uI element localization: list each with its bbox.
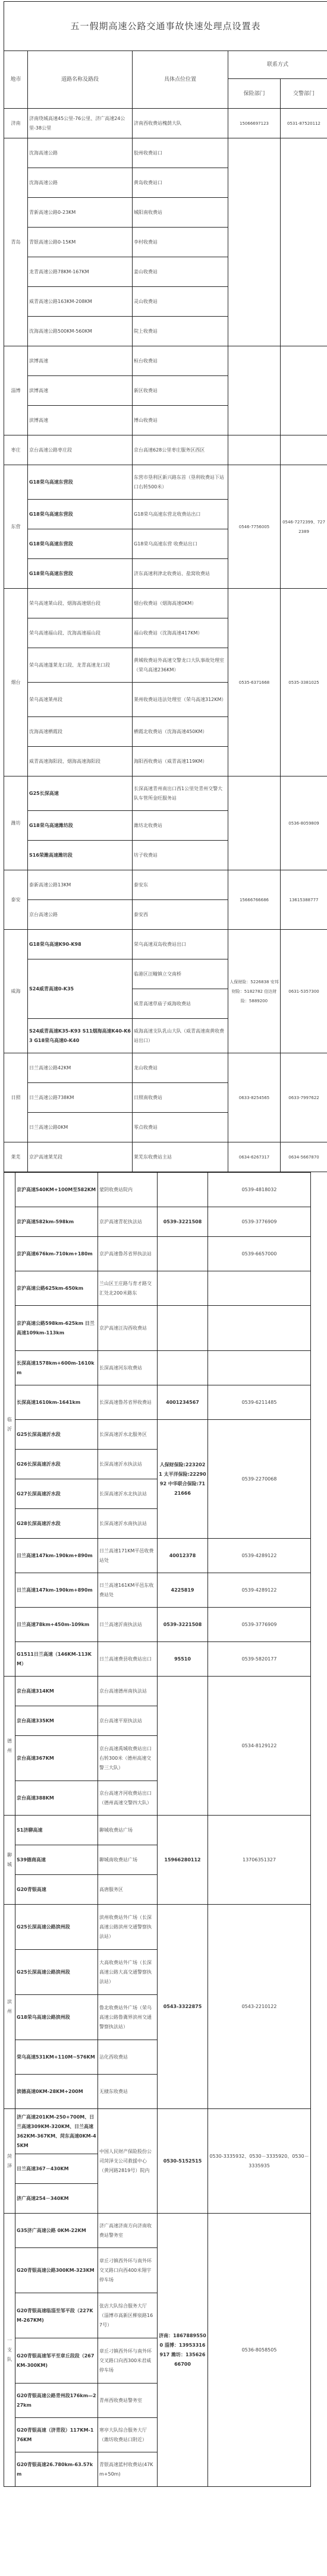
location-cell: 威青高速草庙子威海收费站 [133,989,228,1019]
road-cell: 京沪高速582km-598km [15,1207,98,1237]
location-cell: 莱芜东收费站主站 [133,1142,228,1172]
table-row: 日兰高速147km-190km+890m日兰高速161KM平邑东收费站处4225… [4,1573,311,1608]
insurance-phone: 15666766686 [228,870,281,930]
road-cell: 青银高速公路0-15KM [28,228,133,257]
road-cell: G20青银高速公路300KM-323KM [15,2248,98,2293]
police-phone: 13615388777 [281,870,327,930]
road-cell: G35济广高速公路 0KM-22KM [15,2214,98,2248]
location-cell: 院上收费站 [133,317,228,346]
city-cell: 济南 [4,109,28,138]
police-phone: 0539-4289122 [208,1573,311,1608]
location-cell: 烟台收费站（烟海高速0KM） [133,589,228,618]
road-cell: G25长深高速 [28,776,133,811]
road-cell: 日兰高速公路42KM [28,1053,133,1083]
police-phone: 0543-2210122 [208,1905,311,2109]
table-row: 聊 城S1济聊高速聊城收费站广场1596628011213706351327 [4,1816,311,1845]
police-phone: 0539-6211485 [208,1385,311,1420]
police-phone: 0539-2270068 [208,1420,311,1539]
insurance-phone: 0539-3221508 [158,1608,208,1642]
location-cell: 黄岛收费站口 [133,168,228,198]
police-phone [208,1351,311,1385]
city-cell: 青岛 [4,138,28,346]
location-cell: 京台高速禹城收费站出口右转300米（德州高速交警三大队） [98,1736,158,1781]
location-cell: 青银高速蓝村收费站(47Km+50m) [98,2452,158,2487]
road-cell: G26长深高速沂水段 [15,1450,98,1479]
road-cell: 威青高速海阳段、烟海高速海阳段 [28,747,133,776]
location-cell: 日兰高速171KM平邑收费站处 [98,1539,158,1573]
city-cell: 潍坊 [4,776,28,870]
location-cell: 莱州收费站违法处理室（荣乌高速312KM） [133,683,228,717]
table-row: 泰安泰新高速公路13KM泰安东1566676668613615388777 [4,870,327,900]
police-phone: 0536-8058505 [208,2214,311,2487]
location-cell: 鲁北收费站外广场（荣乌高速公路鲁冀界滨州交通警察执法站） [98,1995,158,2040]
city-cell: 莱芜 [4,1142,28,1172]
road-cell: S1济聊高速 [15,1816,98,1845]
city-cell: 菏 泽 [4,2109,15,2214]
insurance-phone: 40012378 [158,1539,208,1573]
location-cell: 青州西收费站警务室 [98,2384,158,2418]
location-cell: 滨州收费站外广场（长深高速公路滨州交通警察执法站） [98,1905,158,1950]
location-cell: 日兰高速沂南执法站 [98,1608,158,1642]
road-cell: 日兰高速147km-190km+890m [15,1573,98,1608]
police-phone [281,435,327,465]
road-cell: G27长深高速沂水段 [15,1479,98,1509]
road-cell: G18荣乌高速公路滨州段 [15,1995,98,2040]
table-row: 烟台荣乌高速莱山段、烟海高速烟台段烟台收费站（烟海高速0KM）0535-6371… [4,589,327,618]
police-phone [208,1271,311,1306]
header-city: 地市 [4,51,28,109]
location-cell: 黄城收费站外高速交警龙口大队事故处理室（荣乌高速236KM） [133,648,228,683]
road-cell: 荣乌高速莱山段、烟海高速烟台段 [28,589,133,618]
road-cell: S16荣潍高速潍坊段 [28,841,133,870]
road-cell: 沈海高速公路500KM-560KM [28,317,133,346]
police-phone: 0530-3335932、0530－3335920、0530－3335935 [208,2109,311,2214]
road-cell: 荣乌高速蓬莱龙口段、龙青高速龙口段 [28,648,133,683]
table-row: 京沪高速582km-598km京沪高速青驼执法站0539-32215080539… [4,1207,311,1237]
location-cell: 京沪高速青驼执法站 [98,1207,158,1237]
insurance-phone: 0539-3221508 [158,1207,208,1237]
table-row: 长深高速1610km-1641km长深高速鲁苏省界收费站400123456705… [4,1385,311,1420]
location-cell: 龙山收费站 [133,1053,228,1083]
city-cell: 滨 州 [4,1905,15,2109]
road-cell: 京沪高速540KM+100M至582KM [15,1173,98,1207]
insurance-phone: 0633-8254565 [228,1053,281,1142]
accident-points-sheet: 五一假期高速公路交通事故快速处理点设置表 地市 道路名称及路段 具体点位位置 联… [4,1,310,2487]
road-cell: G25长深高速公路滨州段 [15,1905,98,1950]
insurance-phone [158,1351,208,1385]
road-cell: 沈海高速公路 [28,168,133,198]
insurance-phone: 人保财险：5226838 安邦财险：5182782 信达财险：5889200 [228,930,281,1053]
city-cell: 聊 城 [4,1816,15,1905]
location-cell: 沾化西收费站 [98,2040,158,2075]
road-cell: 滨博高速 [28,406,133,435]
header-road: 道路名称及路段 [28,51,133,109]
insurance-phone [158,1677,208,1816]
police-phone: 0531-87520112 [281,109,327,138]
insurance-phone: 人保财保险:2232021 太平洋保险:2229092 中华联合保险:71216… [158,1420,208,1539]
road-cell: G1511日兰高速（146KM-113KM） [15,1642,98,1677]
road-cell: S39德商高速 [15,1845,98,1875]
road-cell: 威青高速公路163KM-208KM [28,287,133,317]
road-cell: G20青银高速（济青段）117KM-176KM [15,2418,98,2452]
police-phone: 0539-6657000 [208,1237,311,1271]
road-cell: 荣乌高速福山段、沈海高速福山段 [28,618,133,648]
location-cell: 泰安西 [133,900,228,930]
road-cell: 日兰高速78km+450m-109km [15,1608,98,1642]
road-cell: 日兰高速公路738KM [28,1083,133,1113]
location-cell: 姜山收费站 [133,257,228,287]
police-phone: 0546-7272399、7272389 [281,465,327,589]
location-cell: 东营市垦利区新兴路东首（垦利收费站下站口右转500米） [133,465,228,500]
police-phone [281,138,327,346]
police-phone: 0539-5820177 [208,1642,311,1677]
page-title: 五一假期高速公路交通事故快速处理点设置表 [4,2,327,51]
road-cell: 沈海高速公路 [28,138,133,168]
insurance-phone: 0634-6267317 [228,1142,281,1172]
insurance-phone: 0546-7756005 [228,465,281,589]
city-cell: 一 支 队 [4,2214,15,2487]
location-cell: 临港区汪疃镇立交南桥 [133,959,228,989]
police-phone [281,346,327,435]
location-cell: 兰山区王庄路与育才路交汇处北200米路东 [98,1271,158,1306]
road-cell: 京沪高速公路598km-625km 日兰高速109km-113km [15,1306,98,1351]
city-cell: 威海 [4,930,28,1053]
location-cell: 章丘刁镇西外环与南外环交叉路口向西400米翔宇停车场 [98,2248,158,2293]
location-cell: 荣乌高速双岛收费站出口 [133,930,228,959]
road-cell: 滨博高速 [28,346,133,376]
road-cell: 荣乌高速531KM+110M~576KM [15,2040,98,2075]
table-part-2: 临 沂京沪高速540KM+100M至582KM蒙阴收费站院内0539-48180… [4,1172,311,2487]
road-cell: 荣乌高速莱州段 [28,683,133,717]
road-cell: 青新高速公路0-23KM [28,198,133,228]
road-cell: G18荣乌高速潍坊段 [28,811,133,841]
road-cell: 京台高速335KM [15,1706,98,1736]
road-cell: 京台高速367KM [15,1736,98,1781]
city-cell: 泰安 [4,870,28,930]
road-cell: 京台高速公路枣庄段 [28,435,133,465]
table-row: 济南济南绕城高速45公里-76公里、济广高速24公里-38公里济南西收费站槐荫大… [4,109,327,138]
road-cell: 济广高速254－340KM [15,2184,98,2214]
location-cell: 桓台收费站 [133,346,228,376]
location-cell: 博山收费站 [133,406,228,435]
location-cell: 京沪高速鲁苏省界执法站 [98,1237,158,1271]
road-cell: G25长深高速沂水段 [15,1420,98,1450]
city-cell: 日照 [4,1053,28,1142]
table-row: 一 支 队G35济广高速公路 0KM-22KM济广高速济南方向济南收费站警务室济… [4,2214,311,2248]
location-cell: 胶州收费站口 [133,138,228,168]
road-cell: 滨德高速0KM-28KM+200M [15,2075,98,2109]
insurance-phone [228,138,281,346]
table-row: 日照日兰高速公路42KM龙山收费站0633-82545650633-799762… [4,1053,327,1083]
table-row: 日兰高速78km+450m-109km日兰高速沂南执法站0539-3221508… [4,1608,311,1642]
table-row: 临 沂京沪高速540KM+100M至582KM蒙阴收费站院内0539-48180… [4,1173,311,1207]
location-cell: 坊子收费站 [133,841,228,870]
road-cell: 京沪高速莱芜段 [28,1142,133,1172]
location-cell: 李村收费站 [133,228,228,257]
location-cell: 寒亭大队综合服务大厅（潍坊收费站口附近） [98,2418,158,2452]
location-cell: 京台高速628公里枣庄服务区西区 [133,435,228,465]
road-cell: 日兰高速公路0KM [28,1113,133,1142]
location-cell: 聊城南收费站广场 [98,1845,158,1875]
police-phone: 0535-3381025 [281,589,327,776]
table-row: 莱芜京沪高速莱芜段莱芜东收费站主站0634-62673170634-566787… [4,1142,327,1172]
location-cell: 福山收费站（沈海高速417KM） [133,618,228,648]
road-cell: S24威青高速K35-K93 S11烟海高速K40-K63 G18荣乌高速0-K… [28,1019,133,1053]
insurance-phone [228,346,281,435]
location-cell: 零点收费站 [133,1113,228,1142]
insurance-phone [158,1271,208,1306]
table-row: 京沪高速公路598km-625km 日兰高速109km-113km京沪高速汪沟西… [4,1306,311,1351]
insurance-phone: 95510 [158,1642,208,1677]
road-cell: 长深高速1578km+600m-1610km [15,1351,98,1385]
road-cell: 滨博高速 [28,376,133,406]
location-cell: 大高收费站外广场（长深高速公路大高交通警察执法站） [98,1950,158,1995]
road-cell: 济广高速201KM-250+700M、日兰高速309KM-320KM、日兰高速3… [15,2109,98,2154]
road-cell: 沈海高速栖霞段 [28,717,133,747]
police-phone: 0634-5667870 [281,1142,327,1172]
police-phone: 13706351327 [208,1816,311,1905]
police-phone: 0631-5357300 [281,930,327,1053]
location-cell: 长深高速河东收费站 [98,1351,158,1385]
location-cell: 泰安东 [133,870,228,900]
road-cell: 京台高速388KM [15,1781,98,1816]
city-cell: 烟台 [4,589,28,776]
insurance-phone: 4001234567 [158,1385,208,1420]
table-row: G25长深高速沂水段长深高速沂水北服务区人保财保险:2232021 太平洋保险:… [4,1420,311,1450]
table-row: 滨 州G25长深高速公路滨州段滨州收费站外广场（长深高速公路滨州交通警察执法站）… [4,1905,311,1950]
location-cell: 城阳南收费站 [133,198,228,228]
location-cell: 京沪高速汪沟西收费站 [98,1306,158,1351]
table-row: 威海G18荣乌高速K90-K98荣乌高速双岛收费站出口人保财险：5226838 … [4,930,327,959]
insurance-phone [158,1237,208,1271]
location-cell: 新区收费站 [133,376,228,406]
location-cell: 长深高速沂水北服务区 [98,1420,158,1450]
location-cell: 长深高速沂水北执法站 [98,1479,158,1509]
city-cell: 东营 [4,465,28,589]
insurance-phone: 15966280112 [158,1816,208,1905]
location-cell: G18荣乌高速东营 收费站出口 [133,529,228,559]
city-cell: 临 沂 [4,1173,15,1677]
table-row: 枣庄京台高速公路枣庄段京台高速628公里枣庄服务区西区 [4,435,327,465]
location-cell: 长深高速青州南出口西1公里处青州交警大队车管所金旺服务站 [133,776,228,811]
table-row: 淄博滨博高速桓台收费站 [4,346,327,376]
city-cell: 枣庄 [4,435,28,465]
table-row: 德 州京台高速314KM京台高速德州南执法站0534-8129122 [4,1677,311,1706]
police-phone: 0536-8059809 [281,776,327,870]
road-cell: G18荣乌高速东营段 [28,559,133,589]
road-cell: 日兰高速147km-190km+890m [15,1539,98,1573]
header-insurance: 保险部门 [228,79,281,109]
location-cell: 栖霞北收费站（沈海高速450KM） [133,717,228,747]
location-cell: 中国人民财产保险股份公司菏泽支公司救援中心（黄河路2819号）院内 [98,2109,158,2214]
location-cell: 高唐服务区 [98,1875,158,1905]
road-cell: S24威青高速0-K35 [28,959,133,1019]
location-cell: 灵山收费站 [133,287,228,317]
location-cell: 长深高速沂水南执法站 [98,1509,158,1539]
police-phone: 0539-4289122 [208,1539,311,1573]
location-cell: 济广高速济南方向济南收费站警务室 [98,2214,158,2248]
table-part-1: 五一假期高速公路交通事故快速处理点设置表 地市 道路名称及路段 具体点位位置 联… [4,1,327,1172]
insurance-phone: 济南：18678895500 淄博：13953316917 潍坊：1356266… [158,2214,208,2487]
location-cell: 济东高速利津北收费站、盐窝收费站 [133,559,228,589]
road-cell: 济南绕城高速45公里-76公里、济广高速24公里-38公里 [28,109,133,138]
road-cell: G18荣乌高速K90-K98 [28,930,133,959]
table-row: 长深高速1578km+600m-1610km长深高速河东收费站 [4,1351,311,1385]
table-row: 潍坊G25长深高速长深高速青州南出口西1公里处青州交警大队车管所金旺服务站053… [4,776,327,811]
road-cell: G20青银高速临淄至邹平段（227KM-267KM) [15,2293,98,2338]
location-cell: 潍坊北收费站 [133,811,228,841]
insurance-phone: 15066697123 [228,109,281,138]
location-cell: 章丘刁镇西外环与南外环交叉路口向西300米君威停车场 [98,2338,158,2384]
location-cell: 张店大队综合服务大厅（淄博市高新区柳泉路167号） [98,2293,158,2338]
road-cell: G20青银高速邹平至章丘段段（267KM-300KM) [15,2338,98,2384]
table-row: 菏 泽济广高速201KM-250+700M、日兰高速309KM-320KM、日兰… [4,2109,311,2154]
header-police: 交警部门 [281,79,327,109]
location-cell: 长深高速鲁苏省界收费站 [98,1385,158,1420]
road-cell: 日兰高速367－430KM [15,2154,98,2184]
header-location: 具体点位位置 [133,51,228,109]
location-cell: 蒙阴收费站院内 [98,1173,158,1207]
insurance-phone [228,776,281,870]
insurance-phone: 4225819 [158,1573,208,1608]
road-cell: G18荣乌高速东营段 [28,529,133,559]
location-cell: 海阳西收费站（威青高速119KM） [133,747,228,776]
road-cell: 京台高速公路 [28,900,133,930]
road-cell: 京沪高速676km-710km+180m [15,1237,98,1271]
table-row: 日兰高速147km-190km+890m日兰高速171KM平邑收费站处40012… [4,1539,311,1573]
location-cell: 日照南收费站 [133,1083,228,1113]
location-cell: 京台高速平原执法站 [98,1706,158,1736]
road-cell: 龙青高速公路78KM-167KM [28,257,133,287]
police-phone: 0539-4818032 [208,1173,311,1207]
insurance-phone: 0535-6371668 [228,589,281,776]
road-cell: G25长深高速公路滨州段 [15,1950,98,1995]
table-row: 京沪高速676km-710km+180m京沪高速鲁苏省界执法站0539-6657… [4,1237,311,1271]
police-phone [208,1306,311,1351]
location-cell: 京台高速德州南执法站 [98,1677,158,1706]
table-row: 东营G18荣乌高速东营段东营市垦利区新兴路东首（垦利收费站下站口右转500米）0… [4,465,327,500]
road-cell: 京台高速314KM [15,1677,98,1706]
location-cell: 聊城收费站广场 [98,1816,158,1845]
road-cell: 长深高速1610km-1641km [15,1385,98,1420]
insurance-phone: 0543-3322875 [158,1905,208,2109]
location-cell: G18荣乌高速东营北收费站出口 [133,500,228,529]
insurance-phone [228,435,281,465]
insurance-phone [158,1173,208,1207]
header-contact: 联系方式 [228,51,327,79]
road-cell: G18荣乌高速东营段 [28,465,133,500]
location-cell: 威海高速支队乳山大队（威青高速南黄收费站出口） [133,1019,228,1053]
insurance-phone: 0530-5152515 [158,2109,208,2214]
location-cell: 长深高速沂水执法站 [98,1450,158,1479]
location-cell: 京台高速齐河收费站出口（德州高速交警四大队） [98,1781,158,1816]
road-cell: G18荣乌高速东营段 [28,500,133,529]
location-cell: 日兰高速161KM平邑东收费站处 [98,1573,158,1608]
police-phone: 0534-8129122 [208,1677,311,1816]
location-cell: 济南西收费站槐荫大队 [133,109,228,138]
insurance-phone [158,1306,208,1351]
road-cell: G20青银高速 [15,1875,98,1905]
road-cell: G20青银高速26.780km-63.57km [15,2452,98,2487]
location-cell: 无棣东收费站 [98,2075,158,2109]
city-cell: 淄博 [4,346,28,435]
police-phone: 0633-7997622 [281,1053,327,1142]
table-row: 京沪高速公路625km-650km兰山区王庄路与育才路交汇处北200米路东 [4,1271,311,1306]
location-cell: 日兰高速费县收费站出口 [98,1642,158,1677]
police-phone: 0539-3776909 [208,1608,311,1642]
road-cell: G28长深高速沂水段 [15,1509,98,1539]
city-cell: 德 州 [4,1677,15,1816]
police-phone: 0539-3776909 [208,1207,311,1237]
road-cell: 泰新高速公路13KM [28,870,133,900]
table-row: 青岛沈海高速公路胶州收费站口 [4,138,327,168]
road-cell: G20青银高速公路青州段176km—227km [15,2384,98,2418]
road-cell: 京沪高速公路625km-650km [15,1271,98,1306]
table-row: G1511日兰高速（146KM-113KM）日兰高速费县收费站出口9551005… [4,1642,311,1677]
